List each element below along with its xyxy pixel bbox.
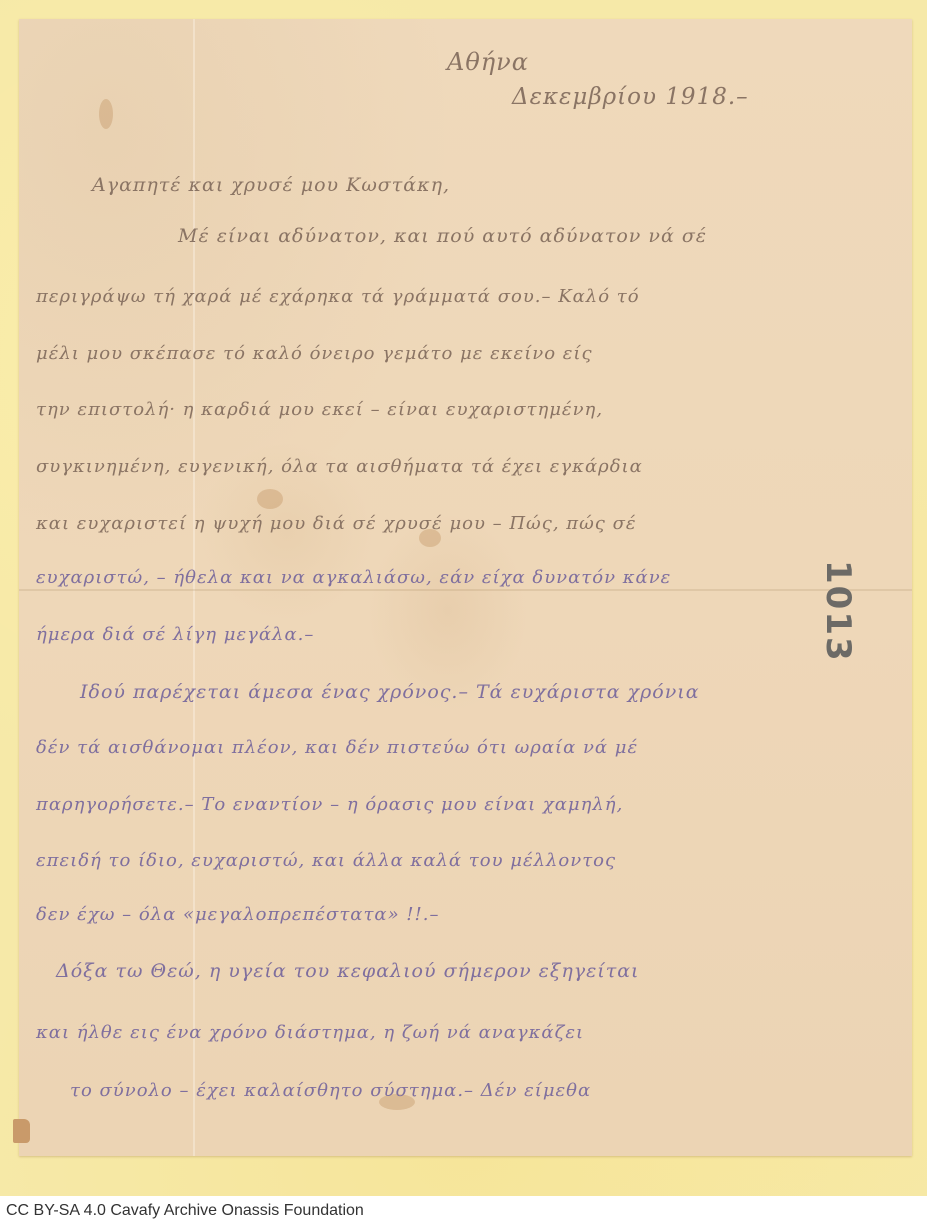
letter-line: παρηγορήσετε.– Το εναντίον – η όρασις μο… xyxy=(36,794,623,815)
letter-line: συγκινημένη, ευγενική, όλα τα αισθήματα … xyxy=(36,456,643,477)
letter-place: Αθήνα xyxy=(447,48,529,76)
letter-line: και ήλθε εις ένα χρόνο διάστημα, η ζωή ν… xyxy=(36,1022,584,1043)
letter-line: μέλι μου σκέπασε τό καλό όνειρο γεμάτο μ… xyxy=(36,343,593,364)
corner-stain xyxy=(13,1119,30,1143)
letter-date: Δεκεμβρίου 1918.– xyxy=(512,84,749,110)
letter-line: και ευχαριστεί η ψυχή μου διά σέ χρυσέ μ… xyxy=(36,513,637,534)
letter-line: ευχαριστώ, – ήθελα και να αγκαλιάσω, εάν… xyxy=(36,567,671,588)
letter-line: Ιδού παρέχεται άμεσα ένας χρόνος.– Τά ευ… xyxy=(80,681,700,703)
license-credit: CC BY-SA 4.0 Cavafy Archive Onassis Foun… xyxy=(6,1202,364,1220)
letter-line: δεν έχω – όλα «μεγαλοπρεπέστατα» !!.– xyxy=(36,904,440,925)
letter-line: δέν τά αισθάνομαι πλέον, και δέν πιστεύω… xyxy=(36,737,638,758)
letter-line: Μέ είναι αδύνατον, και πού αυτό αδύνατον… xyxy=(178,225,707,247)
letter-line: Δόξα τω Θεώ, η υγεία του κεφαλιού σήμερο… xyxy=(56,960,640,982)
letter-line: ήμερα διά σέ λίγη μεγάλα.– xyxy=(36,624,314,645)
archive-number: 1013 xyxy=(818,560,858,663)
letter-salutation: Αγαπητέ και χρυσέ μου Κωστάκη, xyxy=(92,174,450,196)
fold-line-horizontal xyxy=(19,589,912,591)
letter-line: περιγράψω τή χαρά μέ εχάρηκα τά γράμματά… xyxy=(36,286,640,307)
stain xyxy=(99,99,113,129)
letter-line: το σύνολο – έχει καλαίσθητο σύστημα.– Δέ… xyxy=(70,1080,591,1101)
letter-line: επειδή το ίδιο, ευχαριστώ, και άλλα καλά… xyxy=(36,850,616,871)
stain xyxy=(257,489,283,509)
letter-line: την επιστολή· η καρδιά μου εκεί – είναι … xyxy=(36,399,603,420)
